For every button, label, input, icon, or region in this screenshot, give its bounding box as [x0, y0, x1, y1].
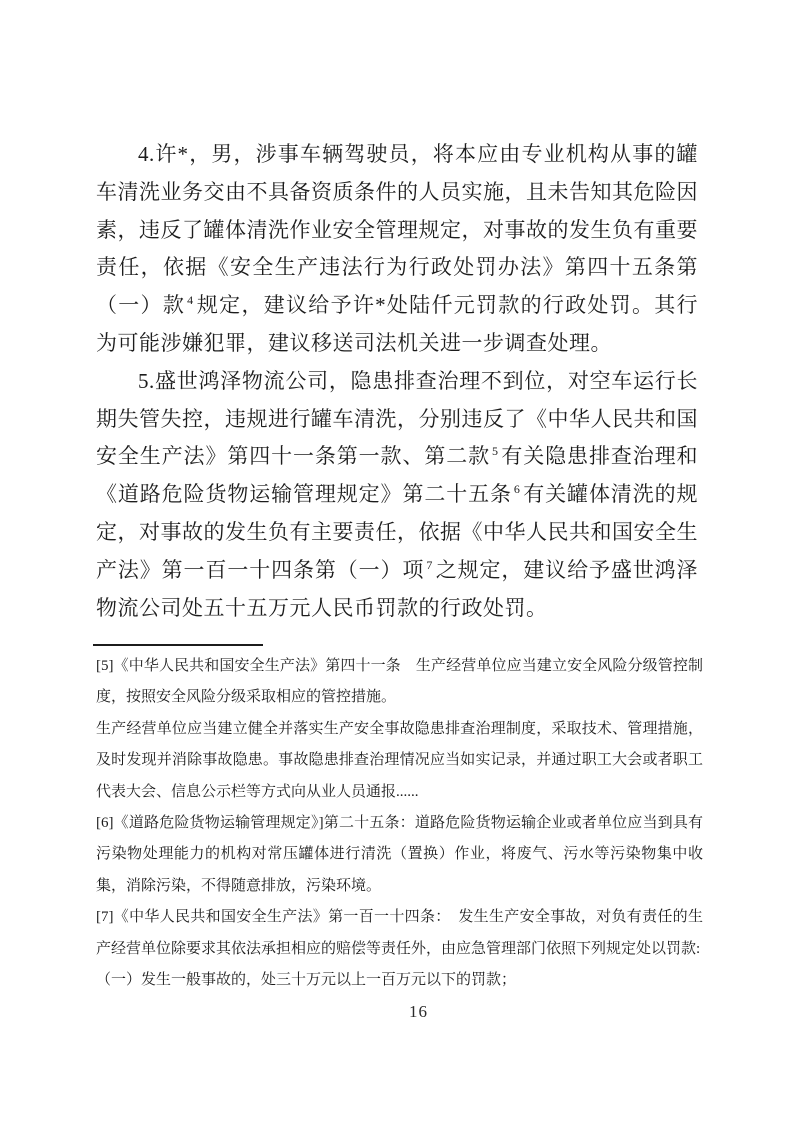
footnote-5: [5]《中华人民共和国安全生产法》第四十一条 生产经营单位应当建立安全风险分级管… — [96, 651, 703, 714]
footnote-6: [6]《道路危险货物运输管理规定》]第二十五条：道路危险货物运输企业或者单位应当… — [96, 808, 703, 902]
footnote-ref-superscript: 4 — [187, 293, 193, 307]
footnotes-section: [5]《中华人民共和国安全生产法》第四十一条 生产经营单位应当建立安全风险分级管… — [96, 651, 703, 996]
footnote-7-clause-1: （一）发生一般事故的，处三十万元以上一百万元以下的罚款； — [96, 965, 703, 996]
text-segment: 4.许*，男，涉事车辆驾驶员，将本应由专业机构从事的罐车清洗业务交由不具备资质条… — [96, 142, 698, 317]
paragraph-item-4: 4.许*，男，涉事车辆驾驶员，将本应由专业机构从事的罐车清洗业务交由不具备资质条… — [96, 136, 698, 363]
footnote-5-continuation: 生产经营单位应当建立健全并落实生产安全事故隐患排查治理制度，采取技术、管理措施，… — [96, 714, 703, 808]
footnote-7: [7]《中华人民共和国安全生产法》第一百一十四条： 发生生产安全事故，对负有责任… — [96, 902, 703, 965]
footnote-separator-rule — [93, 644, 263, 646]
footnote-ref-superscript: 7 — [426, 558, 432, 572]
body-text: 4.许*，男，涉事车辆驾驶员，将本应由专业机构从事的罐车清洗业务交由不具备资质条… — [96, 136, 698, 627]
document-page: 4.许*，男，涉事车辆驾驶员，将本应由专业机构从事的罐车清洗业务交由不具备资质条… — [0, 0, 793, 1122]
paragraph-item-5: 5.盛世鸿泽物流公司，隐患排查治理不到位，对空车运行长期失管失控，违规进行罐车清… — [96, 363, 698, 628]
footnote-ref-superscript: 5 — [492, 444, 498, 458]
page-number: 16 — [0, 1002, 793, 1022]
footnote-ref-superscript: 6 — [514, 482, 520, 496]
